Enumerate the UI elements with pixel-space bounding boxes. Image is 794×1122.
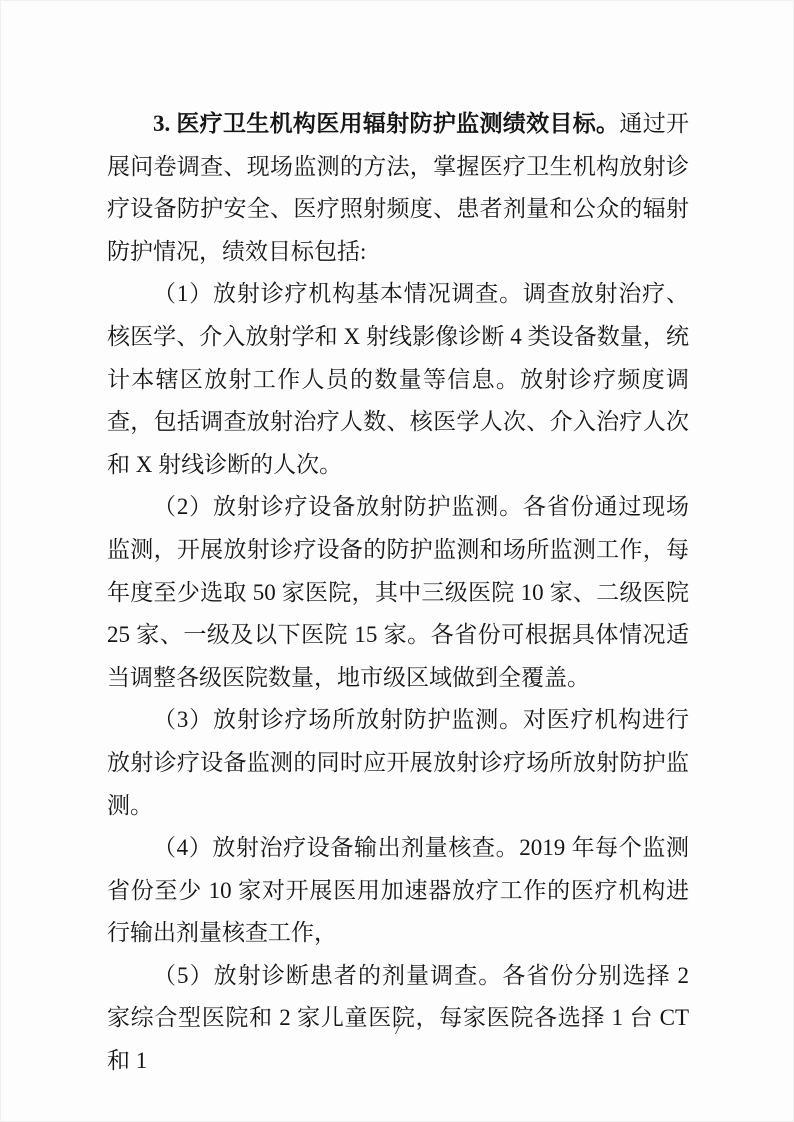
paragraph-item-5: （5）放射诊断患者的剂量调查。各省份分别选择 2 家综合型医院和 2 家儿童医院… bbox=[107, 955, 689, 1083]
paragraph-text: （1）放射诊疗机构基本情况调查。调查放射治疗、核医学、介入放射学和 X 射线影像… bbox=[107, 281, 689, 476]
paragraph-item-1: （1）放射诊疗机构基本情况调查。调查放射治疗、核医学、介入放射学和 X 射线影像… bbox=[107, 273, 689, 486]
document-body: 3. 医疗卫生机构医用辐射防护监测绩效目标。通过开展问卷调查、现场监测的方法，掌… bbox=[107, 103, 689, 1083]
paragraph-item-3: （3）放射诊疗场所放射防护监测。对医疗机构进行放射诊疗设备监测的同时应开展放射诊… bbox=[107, 699, 689, 827]
paragraph-text: （4）放射治疗设备输出剂量核查。2019 年每个监测省份至少 10 家对开展医用… bbox=[107, 835, 689, 945]
document-page: 3. 医疗卫生机构医用辐射防护监测绩效目标。通过开展问卷调查、现场监测的方法，掌… bbox=[0, 0, 794, 1122]
paragraph-goal-heading: 3. 医疗卫生机构医用辐射防护监测绩效目标。通过开展问卷调查、现场监测的方法，掌… bbox=[107, 103, 689, 273]
paragraph-text: （2）放射诊疗设备放射防护监测。各省份通过现场监测，开展放射诊疗设备的防护监测和… bbox=[107, 494, 689, 689]
paragraph-item-4: （4）放射治疗设备输出剂量核查。2019 年每个监测省份至少 10 家对开展医用… bbox=[107, 827, 689, 955]
paragraph-item-2: （2）放射诊疗设备放射防护监测。各省份通过现场监测，开展放射诊疗设备的防护监测和… bbox=[107, 486, 689, 699]
page-number: 7 bbox=[1, 1022, 793, 1039]
paragraph-text: （3）放射诊疗场所放射防护监测。对医疗机构进行放射诊疗设备监测的同时应开展放射诊… bbox=[107, 707, 689, 817]
paragraph-text: （5）放射诊断患者的剂量调查。各省份分别选择 2 家综合型医院和 2 家儿童医院… bbox=[107, 963, 689, 1073]
paragraph-bold-lead: 3. 医疗卫生机构医用辐射防护监测绩效目标。 bbox=[153, 111, 619, 136]
